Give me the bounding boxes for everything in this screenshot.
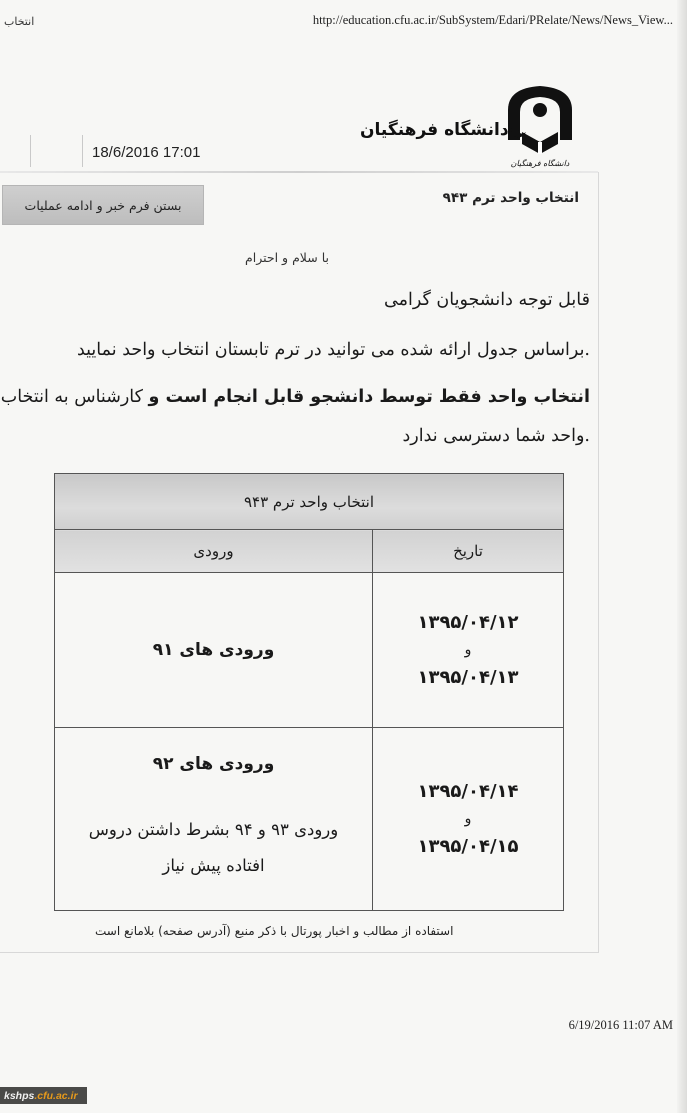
date-conjunction: و <box>374 642 562 658</box>
body-paragraph-3-bold: انتخاب واحد فقط توسط دانشجو قابل انجام ا… <box>149 387 590 407</box>
entry-label: ورودی های ۹۱ <box>56 640 371 660</box>
body-paragraph-2: .براساس جدول ارائه شده می توانید در ترم … <box>77 340 590 360</box>
greeting-text: با سلام و احترام <box>245 250 329 265</box>
print-header-title: انتخاب <box>4 15 34 28</box>
entry-label: ورودی های ۹۲ <box>56 754 371 774</box>
copyright-note: استفاده از مطالب و اخبار پورتال با ذکر م… <box>95 924 453 938</box>
entry-cell: ورودی های ۹۲ ورودی ۹۳ و ۹۴ بشرط داشتن در… <box>55 728 373 911</box>
date-cell: ۱۳۹۵/۰۴/۱۲ و ۱۳۹۵/۰۴/۱۳ <box>373 573 564 728</box>
entry-note-line-2: افتاده پیش نیاز <box>56 848 371 884</box>
entry-cell: ورودی های ۹۱ <box>55 573 373 728</box>
date-start: ۱۳۹۵/۰۴/۱۴ <box>374 772 562 811</box>
table-title: انتخاب واحد ترم ۹۴۳ <box>55 474 564 530</box>
print-footer-date: 6/19/2016 11:07 AM <box>569 1018 673 1033</box>
news-title: انتخاب واحد ترم ۹۴۳ <box>443 190 579 206</box>
body-paragraph-4: .واحد شما دسترسی ندارد <box>403 426 590 446</box>
date-end: ۱۳۹۵/۰۴/۱۳ <box>374 658 562 697</box>
header-divider <box>30 135 31 167</box>
page-edge-shadow <box>677 0 687 1113</box>
date-conjunction: و <box>374 811 562 827</box>
watermark-host: kshps <box>4 1090 34 1102</box>
svg-text:دانشگاه فرهنگیان: دانشگاه فرهنگیان <box>511 158 570 168</box>
close-news-button[interactable]: بستن فرم خبر و ادامه عملیات <box>2 185 204 225</box>
body-paragraph-1: قابل توجه دانشجویان گرامی <box>384 290 590 310</box>
print-header-url: http://education.cfu.ac.ir/SubSystem/Eda… <box>313 13 673 28</box>
entry-note-line-1: ورودی ۹۳ و ۹۴ بشرط داشتن دروس <box>56 812 371 848</box>
date-start: ۱۳۹۵/۰۴/۱۲ <box>374 603 562 642</box>
column-header-date: تاریخ <box>373 530 564 573</box>
site-watermark: kshps.cfu.ac.ir <box>0 1087 87 1104</box>
table-row: ۱۳۹۵/۰۴/۱۴ و ۱۳۹۵/۰۴/۱۵ ورودی های ۹۲ ورو… <box>55 728 564 911</box>
logo-emblem-icon: دانشگاه فرهنگیان <box>500 82 580 168</box>
table-row: ۱۳۹۵/۰۴/۱۲ و ۱۳۹۵/۰۴/۱۳ ورودی های ۹۱ <box>55 573 564 728</box>
schedule-table: انتخاب واحد ترم ۹۴۳ تاریخ ورودی ۱۳۹۵/۰۴/… <box>54 473 564 911</box>
body-paragraph-3: انتخاب واحد فقط توسط دانشجو قابل انجام ا… <box>1 387 590 407</box>
university-logo: دانشگاه فرهنگیان <box>500 82 580 168</box>
news-date: 18/6/2016 17:01 <box>92 144 200 161</box>
date-end: ۱۳۹۵/۰۴/۱۵ <box>374 827 562 866</box>
date-cell: ۱۳۹۵/۰۴/۱۴ و ۱۳۹۵/۰۴/۱۵ <box>373 728 564 911</box>
university-name: دانشگاه فرهنگیان <box>360 120 509 140</box>
watermark-domain: .cfu.ac.ir <box>34 1090 77 1102</box>
column-header-entry: ورودی <box>55 530 373 573</box>
body-paragraph-3-normal: کارشناس به انتخاب <box>1 387 149 407</box>
header-divider <box>82 135 83 167</box>
